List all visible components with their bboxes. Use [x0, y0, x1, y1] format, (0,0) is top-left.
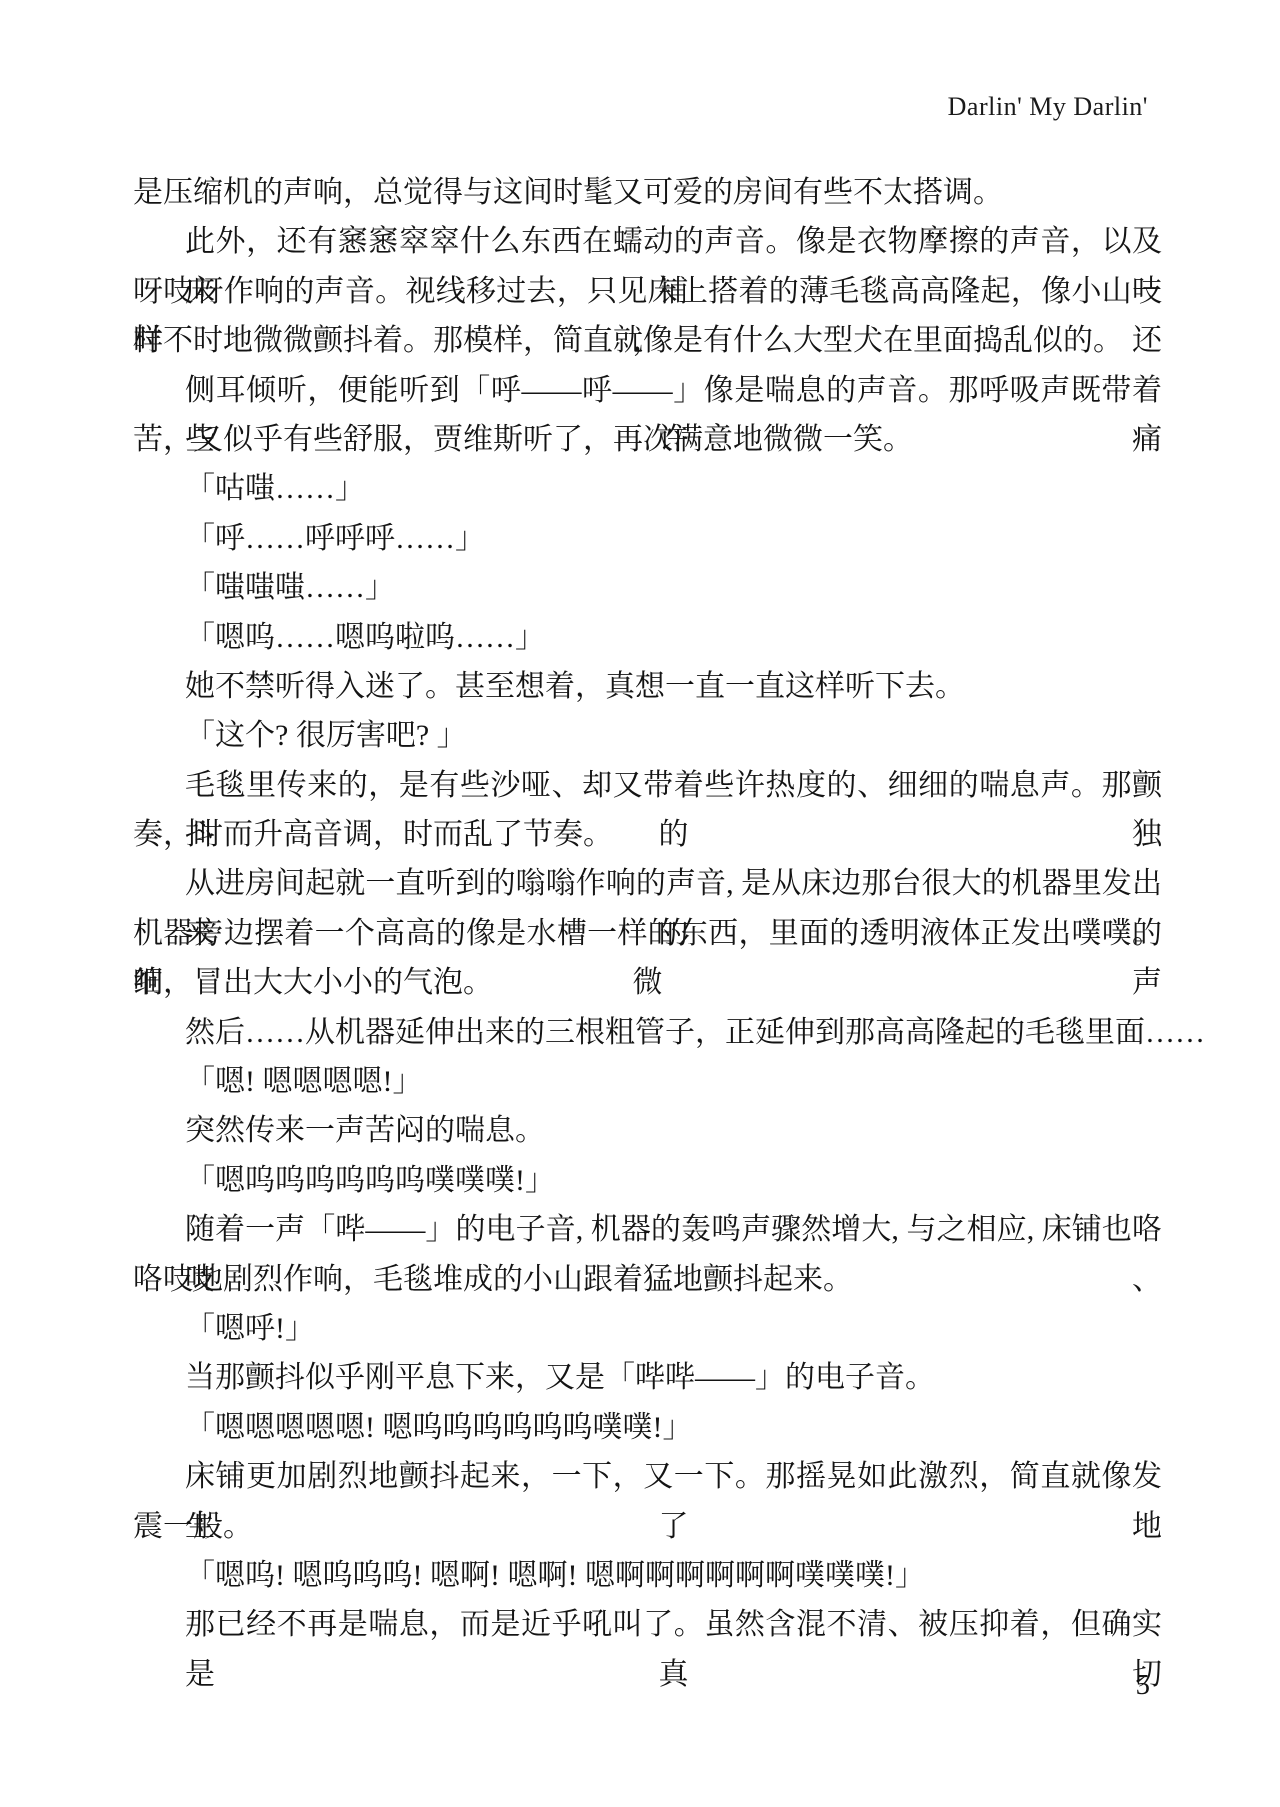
- text-line: 时不时地微微颤抖着。那模样，简直就像是有什么大型犬在里面捣乱似的。: [133, 316, 1162, 365]
- dialogue-line: 「嗯! 嗯嗯嗯嗯!」: [133, 1057, 1162, 1106]
- text-line: 那已经不再是喘息，而是近乎吼叫了。虽然含混不清、被压抑着，但确实是真切: [133, 1600, 1162, 1649]
- text-line: 此外，还有窸窸窣窣什么东西在蠕动的声音。像是衣物摩擦的声音，以及床铺吱: [133, 217, 1162, 266]
- dialogue-line: 「嗯呜……嗯呜啦呜……」: [133, 613, 1162, 662]
- text-line: 侧耳倾听，便能听到「呼——呼——」像是喘息的声音。那呼吸声既带着些许痛: [133, 366, 1162, 415]
- dialogue-line: 「这个? 很厉害吧? 」: [133, 711, 1162, 760]
- text-line: 是压缩机的声响，总觉得与这间时髦又可爱的房间有些不太搭调。: [133, 168, 1162, 217]
- text-line: 呀吱呀作响的声音。视线移过去，只见床上搭着的薄毛毯高高隆起，像小山一样，还: [133, 267, 1162, 316]
- book-page: Darlin' My Darlin' 是压缩机的声响，总觉得与这间时髦又可爱的房…: [0, 0, 1280, 1807]
- text-line: 然后……从机器延伸出来的三根粗管子，正延伸到那高高隆起的毛毯里面……: [133, 1008, 1162, 1057]
- text-line: 从进房间起就一直听到的嗡嗡作响的声音, 是从床边那台很大的机器里发出来的。: [133, 859, 1162, 908]
- text-line: 毛毯里传来的，是有些沙哑、却又带着些许热度的、细细的喘息声。那颤抖的独: [133, 761, 1162, 810]
- dialogue-line: 「咕嗤……」: [133, 464, 1162, 513]
- text-line: 机器旁边摆着一个高高的像是水槽一样的东西，里面的透明液体正发出噗噗的细微声: [133, 909, 1162, 958]
- dialogue-line: 「呼……呼呼呼……」: [133, 514, 1162, 563]
- dialogue-line: 「嗯呼!」: [133, 1304, 1162, 1353]
- dialogue-line: 「嗯呜呜呜呜呜呜噗噗噗!」: [133, 1156, 1162, 1205]
- text-line: 她不禁听得入迷了。甚至想着，真想一直一直这样听下去。: [133, 662, 1162, 711]
- dialogue-line: 「嗯嗯嗯嗯嗯! 嗯呜呜呜呜呜呜噗噗!」: [133, 1403, 1162, 1452]
- body-text: 是压缩机的声响，总觉得与这间时髦又可爱的房间有些不太搭调。 此外，还有窸窸窣窣什…: [133, 168, 1162, 1650]
- dialogue-line: 「嗤嗤嗤……」: [133, 563, 1162, 612]
- text-line: 床铺更加剧烈地颤抖起来，一下，又一下。那摇晃如此激烈，简直就像发生了地: [133, 1452, 1162, 1501]
- text-line: 当那颤抖似乎刚平息下来，又是「哔哔——」的电子音。: [133, 1353, 1162, 1402]
- dialogue-line: 「嗯呜! 嗯呜呜呜! 嗯啊! 嗯啊! 嗯啊啊啊啊啊啊噗噗噗!」: [133, 1551, 1162, 1600]
- text-line: 随着一声「哔——」的电子音, 机器的轰鸣声骤然增大, 与之相应, 床铺也咯吱、: [133, 1205, 1162, 1254]
- text-line: 突然传来一声苦闷的喘息。: [133, 1106, 1162, 1155]
- page-number: 5: [133, 1662, 1150, 1708]
- running-header-title: Darlin' My Darlin': [133, 92, 1148, 122]
